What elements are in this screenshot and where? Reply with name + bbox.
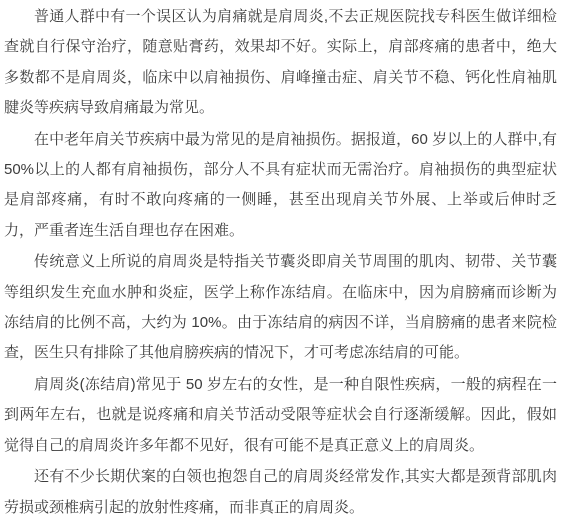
article-body: 普通人群中有一个误区认为肩痛就是肩周炎,不去正规医院找专科医生做详细检查就自行保… [0, 0, 561, 530]
paragraph-office-workers: 还有不少长期伏案的白领也抱怨自己的肩周炎经常发作,其实大都是颈背部肌肉劳损或颈椎… [4, 462, 557, 523]
paragraph-self-limiting-disease: 肩周炎(冻结肩)常见于 50 岁左右的女性，是一种自限性疾病，一般的病程在一到两… [4, 370, 557, 461]
paragraph-frozen-shoulder-definition: 传统意义上所说的肩周炎是特指关节囊炎即肩关节周围的肌肉、韧带、关节囊等组织发生充… [4, 247, 557, 369]
paragraph-rotator-cuff-injury: 在中老年肩关节疾病中最为常见的是肩袖损伤。据报道，60 岁以上的人群中,有 50… [4, 125, 557, 247]
paragraph-misconception: 普通人群中有一个误区认为肩痛就是肩周炎,不去正规医院找专科医生做详细检查就自行保… [4, 2, 557, 124]
